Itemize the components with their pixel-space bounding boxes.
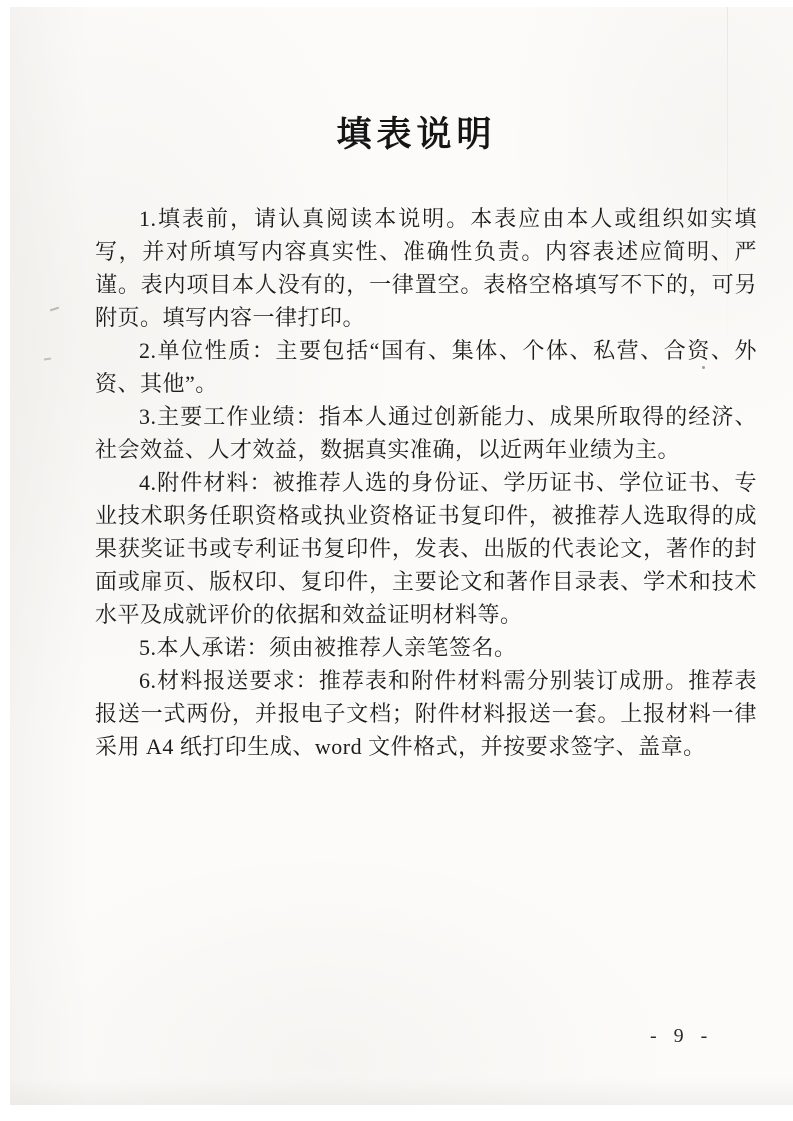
page-number: - 9 - bbox=[650, 1025, 713, 1048]
scanned-page: 填表说明 1.填表前，请认真阅读本说明。本表应由本人或组织如实填写，并对所填写内… bbox=[10, 7, 793, 1105]
instruction-paragraph-1: 1.填表前，请认真阅读本说明。本表应由本人或组织如实填写，并对所填写内容真实性、… bbox=[95, 202, 757, 334]
page-title: 填表说明 bbox=[10, 107, 793, 157]
instruction-paragraph-3: 3.主要工作业绩：指本人通过创新能力、成果所取得的经济、社会效益、人才效益，数据… bbox=[95, 400, 757, 466]
instructions-text: 1.填表前，请认真阅读本说明。本表应由本人或组织如实填写，并对所填写内容真实性、… bbox=[10, 202, 793, 763]
instruction-paragraph-4: 4.附件材料：被推荐人选的身份证、学历证书、学位证书、专业技术职务任职资格或执业… bbox=[95, 466, 757, 631]
instruction-paragraph-5: 5.本人承诺：须由被推荐人亲笔签名。 bbox=[95, 631, 757, 664]
instruction-paragraph-2: 2.单位性质：主要包括“国有、集体、个体、私营、合资、外资、其他”。 bbox=[95, 334, 757, 400]
instruction-paragraph-6: 6.材料报送要求：推荐表和附件材料需分别装订成册。推荐表报送一式两份，并报电子文… bbox=[95, 664, 757, 763]
scan-fold-line bbox=[727, 7, 728, 367]
scan-speck bbox=[702, 366, 705, 369]
